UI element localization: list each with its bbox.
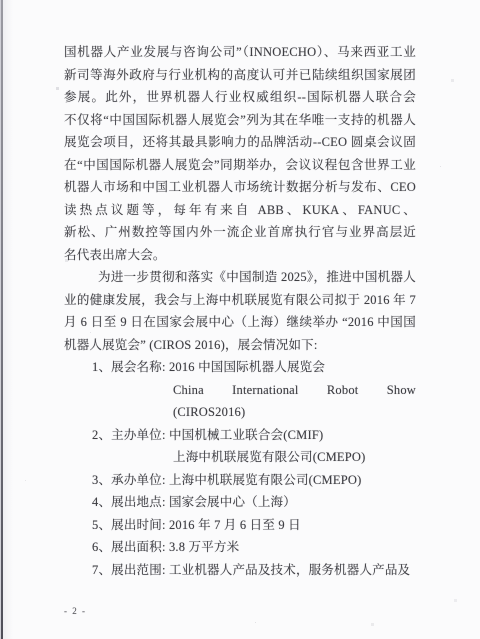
text-line: 名代表出席大会。 (64, 244, 416, 267)
list-item-venue: 4、展出地点: 国家会展中心（上海） (64, 491, 416, 514)
paragraph-start-line: 为进一步贯彻和落实《中国制造 2025》，推进中国机器人产 (64, 266, 416, 289)
page-number: - 2 - (64, 606, 87, 616)
scan-noise-specks (0, 0, 1, 1)
text-line: 不仅将“中国国际机器人展览会”列为其在华唯一支持的机器人 (64, 109, 416, 132)
text-line: 新司等海外政府与行业机构的高度认可并已陆续组织国家展团 (64, 64, 416, 87)
scan-left-edge-shadow (3, 0, 13, 639)
text-line: 参展。此外，世界机器人行业权威组织--国际机器人联合会(IFR) (64, 86, 416, 109)
list-item-continuation: (CIROS2016) (64, 401, 416, 424)
scanned-document-page: 国机器人产业发展与咨询公司”（INNOECHO）、马来西亚工业部高 新司等海外政… (0, 0, 480, 639)
text-line: 展览会项目，还将其最具影响力的品牌活动--CEO 圆桌会议固定 (64, 131, 416, 154)
text-line: 国机器人产业发展与咨询公司”（INNOECHO）、马来西亚工业部高 (64, 41, 416, 64)
text-line: 读热点议题等，每年有来自 ABB、KUKA、FANUC、YASKAWA、沈阳 (64, 199, 416, 222)
list-item-continuation: 上海中机联展览有限公司(CMEPO) (64, 446, 416, 469)
list-item-organizer: 2、主办单位: 中国机械工业联合会(CMIF) (64, 424, 416, 447)
list-item-dates: 5、展出时间: 2016 年 7 月 6 日至 9 日 (64, 514, 416, 537)
text-line: 月 6 日至 9 日在国家会展中心（上海）继续举办 “2016 中国国际 (64, 311, 416, 334)
list-item-continuation: China International Robot Show (64, 379, 416, 402)
list-item-area: 6、展出面积: 3.8 万平方米 (64, 536, 416, 559)
list-item-exhibition-name: 1、展会名称: 2016 中国国际机器人展览会 (64, 356, 416, 379)
text-line: 业的健康发展，我会与上海中机联展览有限公司拟于 2016 年 7 (64, 289, 416, 312)
list-item-undertaker: 3、承办单位: 上海中机联展览有限公司(CMEPO) (64, 469, 416, 492)
text-line: 在“中国国际机器人展览会”同期举办，会议议程包含世界工业 (64, 154, 416, 177)
text-line: 机器人市场和中国工业机器人市场统计数据分析与发布、CEO 解 (64, 176, 416, 199)
document-body: 国机器人产业发展与咨询公司”（INNOECHO）、马来西亚工业部高 新司等海外政… (64, 41, 416, 581)
list-item-scope: 7、展出范围: 工业机器人产品及技术，服务机器人产品及 (64, 559, 416, 582)
text-line: 机器人展览会” (CIROS 2016)，展会情况如下: (64, 334, 416, 357)
text-line: 新松、广州数控等国内外一流企业首席执行官与业界高层近 300 (64, 221, 416, 244)
